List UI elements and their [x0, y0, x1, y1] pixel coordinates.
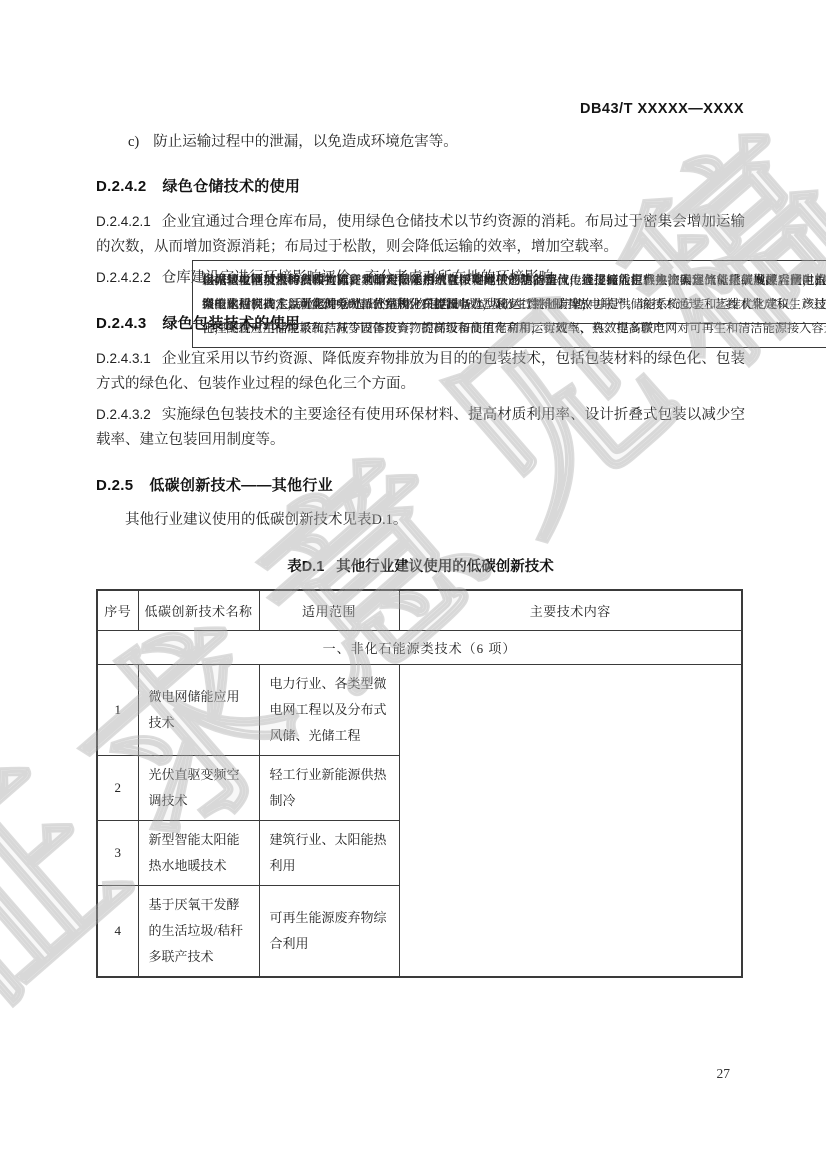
cell-tech-name: 光伏直驱变频空调技术: [138, 756, 259, 821]
cell-scope: 电力行业、各类型微电网工程以及分布式风储、光储工程: [259, 665, 399, 756]
table-row: 3 新型智能太阳能热水地暖技术 建筑行业、太阳能热利用 运用地板辐射热的供暖方式…: [97, 821, 742, 886]
paragraph-d2421: D.2.4.2.1企业宜通过合理仓库布局，使用绿色仓储技术以节约资源的消耗。布局…: [96, 209, 745, 260]
cell-tech-name: 新型智能太阳能热水地暖技术: [138, 821, 259, 886]
cell-index: 1: [97, 665, 138, 756]
heading-d25: D.2.5低碳创新技术——其他行业: [96, 474, 745, 495]
paragraph-table-intro: 其他行业建议使用的低碳创新技术见表D.1。: [96, 508, 745, 533]
column-header-index: 序号: [97, 590, 138, 631]
paragraph-d2432: D.2.4.3.2实施绿色包装技术的主要途径有使用环保材料、提高材质利用率、设计…: [96, 402, 745, 453]
page-content: c)防止运输过程中的泄漏，以免造成环境危害等。 D.2.4.2绿色仓储技术的使用…: [96, 130, 745, 978]
table-row: 4 基于厌氧干发酵的生活垃圾/秸秆多联产技术 可再生能源废弃物综合利用 以城镇生…: [97, 886, 742, 978]
low-carbon-tech-table: 序号 低碳创新技术名称 适用范围 主要技术内容 一、非化石能源类技术（6 项） …: [96, 589, 743, 978]
table-caption: 表D.1其他行业建议使用的低碳创新技术: [96, 555, 745, 576]
paragraph-d2421-number: D.2.4.2.1: [96, 214, 151, 229]
document-page: DB43/T XXXXX—XXXX 征求意见稿 c)防止运输过程中的泄漏，以免造…: [0, 0, 826, 1169]
heading-d25-title: 低碳创新技术——其他行业: [149, 477, 333, 494]
heading-d242-number: D.2.4.2: [96, 178, 146, 195]
table-row: 2 光伏直驱变频空调技术 轻工行业新能源供热制冷 将光伏发电技术与高效直流变频制…: [97, 756, 742, 821]
cell-tech-name: 微电网储能应用技术: [138, 665, 259, 756]
heading-d25-number: D.2.5: [96, 477, 133, 494]
table-caption-title: 其他行业建议使用的低碳创新技术: [336, 559, 554, 575]
cell-index: 4: [97, 886, 138, 978]
paragraph-d2431-text: 企业宜采用以节约资源、降低废弃物排放为目的的包装技术，包括包装材料的绿色化、包装…: [96, 351, 745, 392]
paragraph-d2422-number: D.2.4.2.2: [96, 270, 151, 285]
heading-d242-title: 绿色仓储技术的使用: [162, 178, 300, 195]
heading-d242: D.2.4.2绿色仓储技术的使用: [96, 175, 745, 196]
table-section-row: 一、非化石能源类技术（6 项）: [97, 631, 742, 665]
table-header-row: 序号 低碳创新技术名称 适用范围 主要技术内容: [97, 590, 742, 631]
cell-scope: 建筑行业、太阳能热利用: [259, 821, 399, 886]
paragraph-d2431: D.2.4.3.1企业宜采用以节约资源、降低废弃物排放为目的的包装技术，包括包装…: [96, 346, 745, 397]
standard-number: DB43/T XXXXX—XXXX: [580, 101, 744, 117]
paragraph-d2432-text: 实施绿色包装技术的主要途径有使用环保材料、提高材质利用率、设计折叠式包装以减少空…: [96, 407, 745, 448]
list-item-c-label: c): [128, 134, 139, 150]
paragraph-d2432-number: D.2.4.3.2: [96, 407, 151, 422]
column-header-scope: 适用范围: [259, 590, 399, 631]
list-item-c: c)防止运输过程中的泄漏，以免造成环境危害等。: [128, 130, 745, 154]
column-header-content: 主要技术内容: [399, 590, 742, 631]
cell-scope: 可再生能源废弃物综合利用: [259, 886, 399, 978]
heading-d243-number: D.2.4.3: [96, 315, 146, 332]
list-item-c-text: 防止运输过程中的泄漏，以免造成环境危害等。: [153, 134, 458, 150]
cell-tech-name: 基于厌氧干发酵的生活垃圾/秸秆多联产技术: [138, 886, 259, 978]
cell-content: 以城镇生活垃圾和农作物秸秆为原料，采用厌氧干发酵工艺制备沼气，经提纯后生产生物天…: [192, 260, 826, 348]
cell-scope: 轻工行业新能源供热制冷: [259, 756, 399, 821]
cell-index: 2: [97, 756, 138, 821]
cell-index: 3: [97, 821, 138, 886]
column-header-name: 低碳创新技术名称: [138, 590, 259, 631]
table-caption-number: 表D.1: [287, 559, 324, 575]
table-section-label: 一、非化石能源类技术（6 项）: [97, 631, 742, 665]
paragraph-d2421-text: 企业宜通过合理仓库布局，使用绿色仓储技术以节约资源的消耗。布局过于密集会增加运输…: [96, 214, 745, 255]
page-number: 27: [717, 1066, 731, 1082]
paragraph-d2431-number: D.2.4.3.1: [96, 351, 151, 366]
table-row: 1 微电网储能应用技术 电力行业、各类型微电网工程以及分布式风储、光储工程 根据…: [97, 665, 742, 756]
